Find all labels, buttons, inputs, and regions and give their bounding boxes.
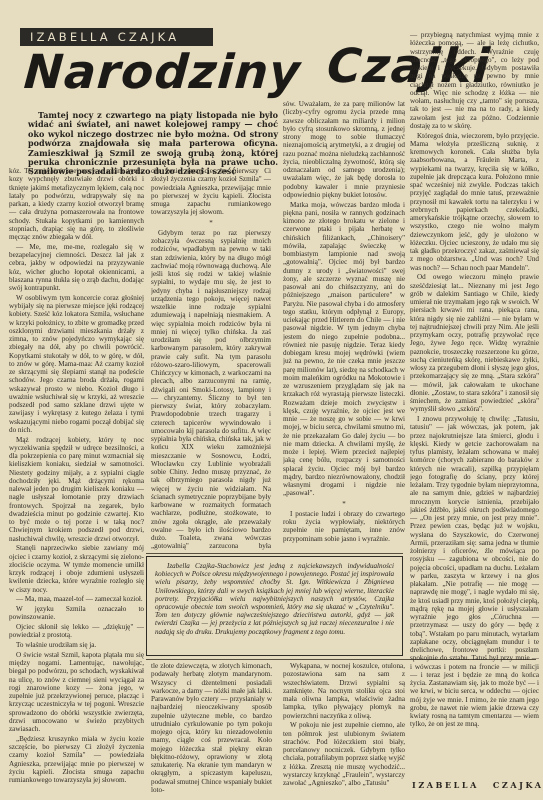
paragraph: Któregoś dnia, wieczorem, było przyjęcie…: [410, 132, 539, 272]
paragraph: Wykąpana, w nocnej koszulce, otulona, po…: [283, 662, 405, 720]
column-3-top: sów. Uważałam, że za parę milionów lat (…: [283, 100, 405, 553]
paragraph: „Będziesz kruszynko miała w życiu kozie …: [9, 735, 144, 785]
section-star-divider: *: [283, 500, 405, 508]
paragraph: I postacie ludzi i obrazy do czwartego r…: [283, 510, 405, 543]
title-word-1: Narodziny: [22, 45, 303, 100]
column-1: kóz. Tej najważniejszej nocy w moim życi…: [9, 167, 144, 800]
column-2-bottom: tle złote dziewczęta, w złotych kimonach…: [151, 662, 272, 800]
column-4: — przybiegną natychmiast wyjmą mnie z łó…: [410, 31, 539, 776]
bio-box-top-rule: [146, 553, 403, 554]
section-star-divider: *: [151, 219, 271, 227]
paragraph: — przybiegną natychmiast wyjmą mnie z łó…: [410, 31, 539, 130]
paragraph: kóz. Tej najważniejszej nocy w moim życi…: [9, 167, 144, 241]
paragraph: — Me, me, me-me, rozlegało się w bezapel…: [9, 243, 144, 293]
paragraph: tle złote dziewczęta, w złotych kimonach…: [151, 662, 272, 794]
author-signature: IZABELLACZAJKA: [412, 780, 538, 790]
paragraph: O świcie wstał Szmil, kapota plątała mu …: [9, 651, 144, 734]
paragraph: W osobliwym tym koncercie coraz głośniej…: [9, 294, 144, 434]
signature-first-name: IZABELLA: [412, 780, 479, 790]
paragraph: Stanęli naprzeciwko siebie zawiany mój o…: [9, 544, 144, 594]
author-bio-box: Izabella Czajka-Stachowicz jest jedną z …: [146, 556, 403, 656]
paragraph: sów. Uważałam, że za parę milionów lat (…: [283, 100, 405, 199]
paragraph: Mąż rodzącej kobiety, który tę noc wycze…: [9, 436, 144, 543]
article-title: NarodzinyCzajki: [22, 40, 407, 106]
bio-text: Izabella Czajka-Stachowicz jest jedną z …: [155, 562, 394, 636]
paragraph: Ojciec skłonił się lekko — „dziękuję" — …: [9, 623, 144, 640]
column-2-top: ciu kozie szczęście, bo pierwszy Ci złoż…: [151, 167, 271, 552]
magazine-page: IZABELLA CZAJKA NarodzinyCzajki Tamtej n…: [0, 0, 543, 800]
paragraph-continued: ciu kozie szczęście, bo pierwszy Ci złoż…: [151, 167, 271, 217]
signature-last-name: CZAJKA: [493, 780, 543, 790]
paragraph: W pokoju nie jest zupełnie ciemno, ale t…: [283, 721, 405, 787]
paragraph: W języku Szmila oznaczało to powinszowan…: [9, 605, 144, 622]
paragraph: Gdybym teraz po raz pierwszy zobaczyła ó…: [151, 229, 271, 552]
paragraph: I znowu przywołuję tę chwilę: „Tatusiu, …: [410, 415, 539, 729]
paragraph: To właśnie urodziłam się ja.: [9, 641, 144, 649]
paragraph: Matka moja, wówczas bardzo młoda i piękn…: [283, 201, 405, 498]
paragraph: Od owego wieczoru minęło prawie sześćdzi…: [410, 273, 539, 413]
column-3-bottom: Wykąpana, w nocnej koszulce, otulona, po…: [283, 662, 405, 800]
paragraph: — Ma, maa, maazel-tof — zameczał kozioł.: [9, 595, 144, 603]
